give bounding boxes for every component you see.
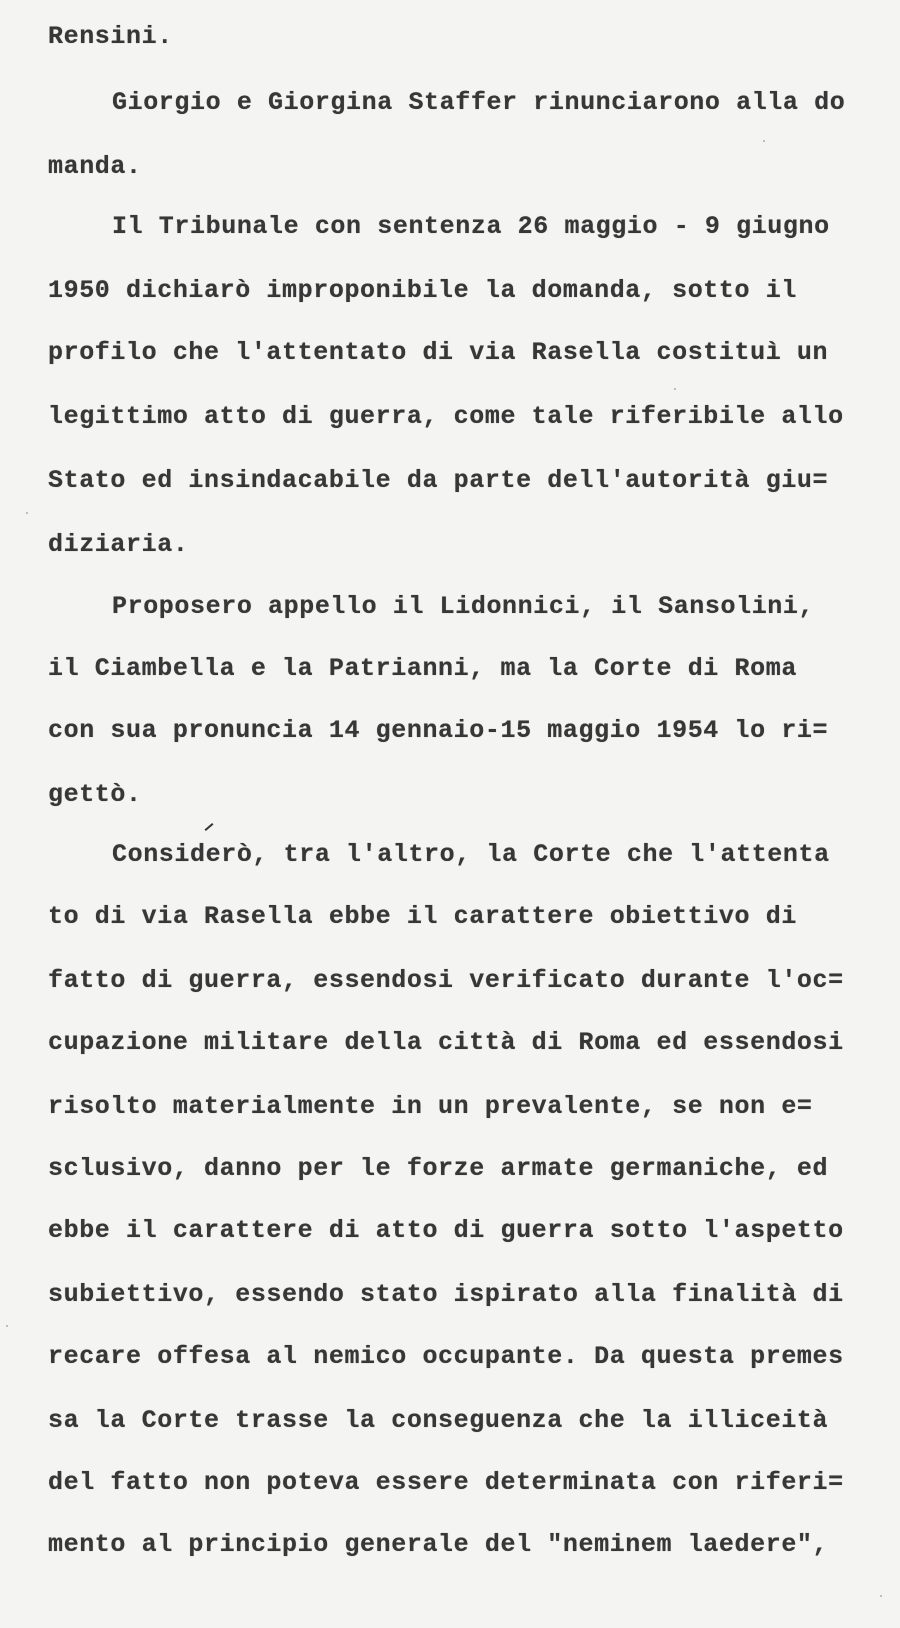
text-line: mento al principio generale del "neminem… <box>48 1530 828 1559</box>
paper-speck <box>674 388 676 390</box>
paper-speck <box>763 140 765 142</box>
text-line: diziaria. <box>48 530 188 559</box>
typewritten-page: Rensini.Giorgio e Giorgina Staffer rinun… <box>0 0 900 1628</box>
text-line: manda. <box>48 152 142 181</box>
paper-speck <box>6 1325 8 1327</box>
text-line: Il Tribunale con sentenza 26 maggio - 9 … <box>112 212 830 241</box>
text-line: Giorgio e Giorgina Staffer rinunciarono … <box>112 88 845 117</box>
text-line: fatto di guerra, essendosi verificato du… <box>48 966 844 995</box>
pen-mark <box>205 823 214 831</box>
text-line: risolto materialmente in un prevalente, … <box>48 1092 813 1121</box>
text-line: con sua pronuncia 14 gennaio-15 maggio 1… <box>48 716 828 745</box>
text-line: gettò. <box>48 780 142 809</box>
text-line: il Ciambella e la Patrianni, ma la Corte… <box>48 654 797 683</box>
text-line: del fatto non poteva essere determinata … <box>48 1468 844 1497</box>
text-line: profilo che l'attentato di via Rasella c… <box>48 338 828 367</box>
text-line: to di via Rasella ebbe il carattere obie… <box>48 902 797 931</box>
text-line: sa la Corte trasse la conseguenza che la… <box>48 1406 828 1435</box>
text-line: Considerò, tra l'altro, la Corte che l'a… <box>112 840 830 869</box>
paper-speck <box>26 512 28 514</box>
text-line: Proposero appello il Lidonnici, il Sanso… <box>112 592 814 621</box>
text-line: ebbe il carattere di atto di guerra sott… <box>48 1216 844 1245</box>
text-line: cupazione militare della città di Roma e… <box>48 1028 844 1057</box>
paper-speck <box>880 1595 882 1597</box>
text-line: Stato ed insindacabile da parte dell'aut… <box>48 466 828 495</box>
text-line: recare offesa al nemico occupante. Da qu… <box>48 1342 844 1371</box>
text-line: sclusivo, danno per le forze armate germ… <box>48 1154 828 1183</box>
text-line: subiettivo, essendo stato ispirato alla … <box>48 1280 844 1309</box>
text-line: Rensini. <box>48 22 173 51</box>
text-line: 1950 dichiarò improponibile la domanda, … <box>48 276 797 305</box>
text-line: legittimo atto di guerra, come tale rife… <box>48 402 844 431</box>
